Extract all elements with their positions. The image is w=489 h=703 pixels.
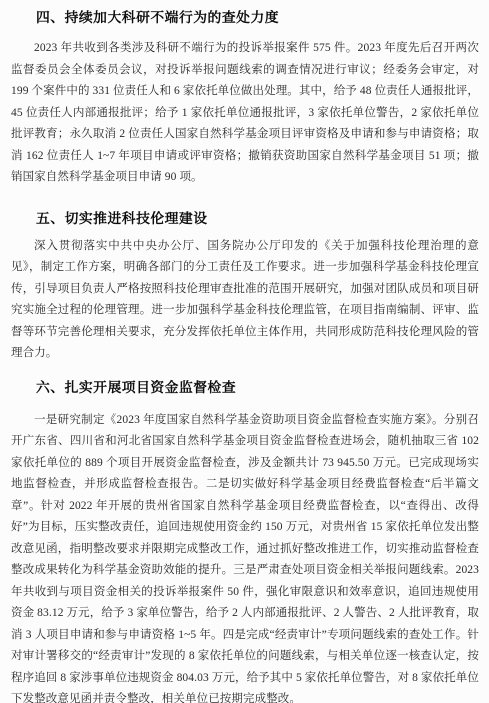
section-paragraph-5: 深入贯彻落实中共中央办公厅、国务院办公厅印发的《关于加强科技伦理治理的意见》，制… bbox=[11, 236, 479, 365]
section-fund-supervision: 六、扎实开展项目资金监督检查 一是研究制定《2023 年度国家自然科学基金资助项… bbox=[11, 378, 479, 703]
section-paragraph-6: 一是研究制定《2023 年度国家自然科学基金资助项目资金监督检查实施方案》。分别… bbox=[11, 410, 479, 703]
section-research-misconduct: 四、持续加大科研不端行为的查处力度 2023 年共收到各类涉及科研不端行为的投诉… bbox=[11, 8, 479, 189]
section-heading-5: 五、切实推进科技伦理建设 bbox=[11, 209, 479, 228]
section-heading-4: 四、持续加大科研不端行为的查处力度 bbox=[11, 8, 479, 27]
section-paragraph-4: 2023 年共收到各类涉及科研不端行为的投诉举报案件 575 件。2023 年度… bbox=[11, 38, 479, 189]
section-tech-ethics: 五、切实推进科技伦理建设 深入贯彻落实中共中央办公厅、国务院办公厅印发的《关于加… bbox=[11, 209, 479, 365]
document-page: 四、持续加大科研不端行为的查处力度 2023 年共收到各类涉及科研不端行为的投诉… bbox=[0, 0, 489, 703]
section-heading-6: 六、扎实开展项目资金监督检查 bbox=[11, 378, 479, 397]
